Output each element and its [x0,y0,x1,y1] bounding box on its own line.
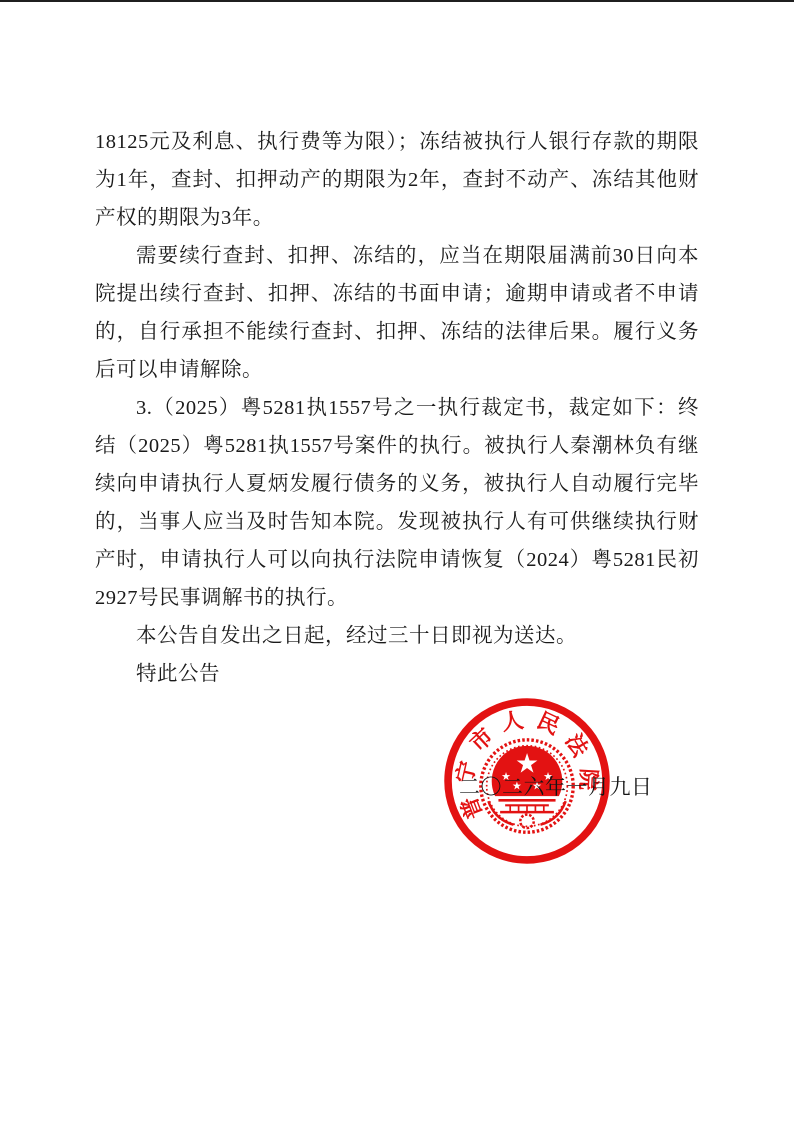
document-page: 18125元及利息、执行费等为限）；冻结被执行人银行存款的期限 为1年，查封、扣… [0,0,794,1122]
text-line: 后可以申请解除。 [95,351,699,389]
text-line: 为1年，查封、扣押动产的期限为2年，查封不动产、冻结其他财 [95,161,699,199]
text-line: 产权的期限为3年。 [95,199,699,237]
text-line: 的，自行承担不能续行查封、扣押、冻结的法律后果。履行义务 [95,313,699,351]
text-line: 的，当事人应当及时告知本院。发现被执行人有可供继续执行财 [95,503,699,541]
text-line: 本公告自发出之日起，经过三十日即视为送达。 [95,617,699,655]
text-line: 结（2025）粤5281执1557号案件的执行。被执行人秦潮林负有继 [95,427,699,465]
text-line: 2927号民事调解书的执行。 [95,579,699,617]
text-line: 产时，申请执行人可以向执行法院申请恢复（2024）粤5281民初 [95,541,699,579]
text-line: 院提出续行查封、扣押、冻结的书面申请；逾期申请或者不申请 [95,275,699,313]
text-line: 需要续行查封、扣押、冻结的，应当在期限届满前30日向本 [95,237,699,275]
page-top-border [0,0,794,2]
text-line: 特此公告 [95,655,699,693]
document-body: 18125元及利息、执行费等为限）；冻结被执行人银行存款的期限 为1年，查封、扣… [95,123,699,693]
text-line: 18125元及利息、执行费等为限）；冻结被执行人银行存款的期限 [95,123,699,161]
text-line: 续向申请执行人夏炳发履行债务的义务，被执行人自动履行完毕 [95,465,699,503]
issue-date: 二〇二六年一月九日 [459,768,653,806]
text-line: 3.（2025）粤5281执1557号之一执行裁定书，裁定如下：终 [95,389,699,427]
